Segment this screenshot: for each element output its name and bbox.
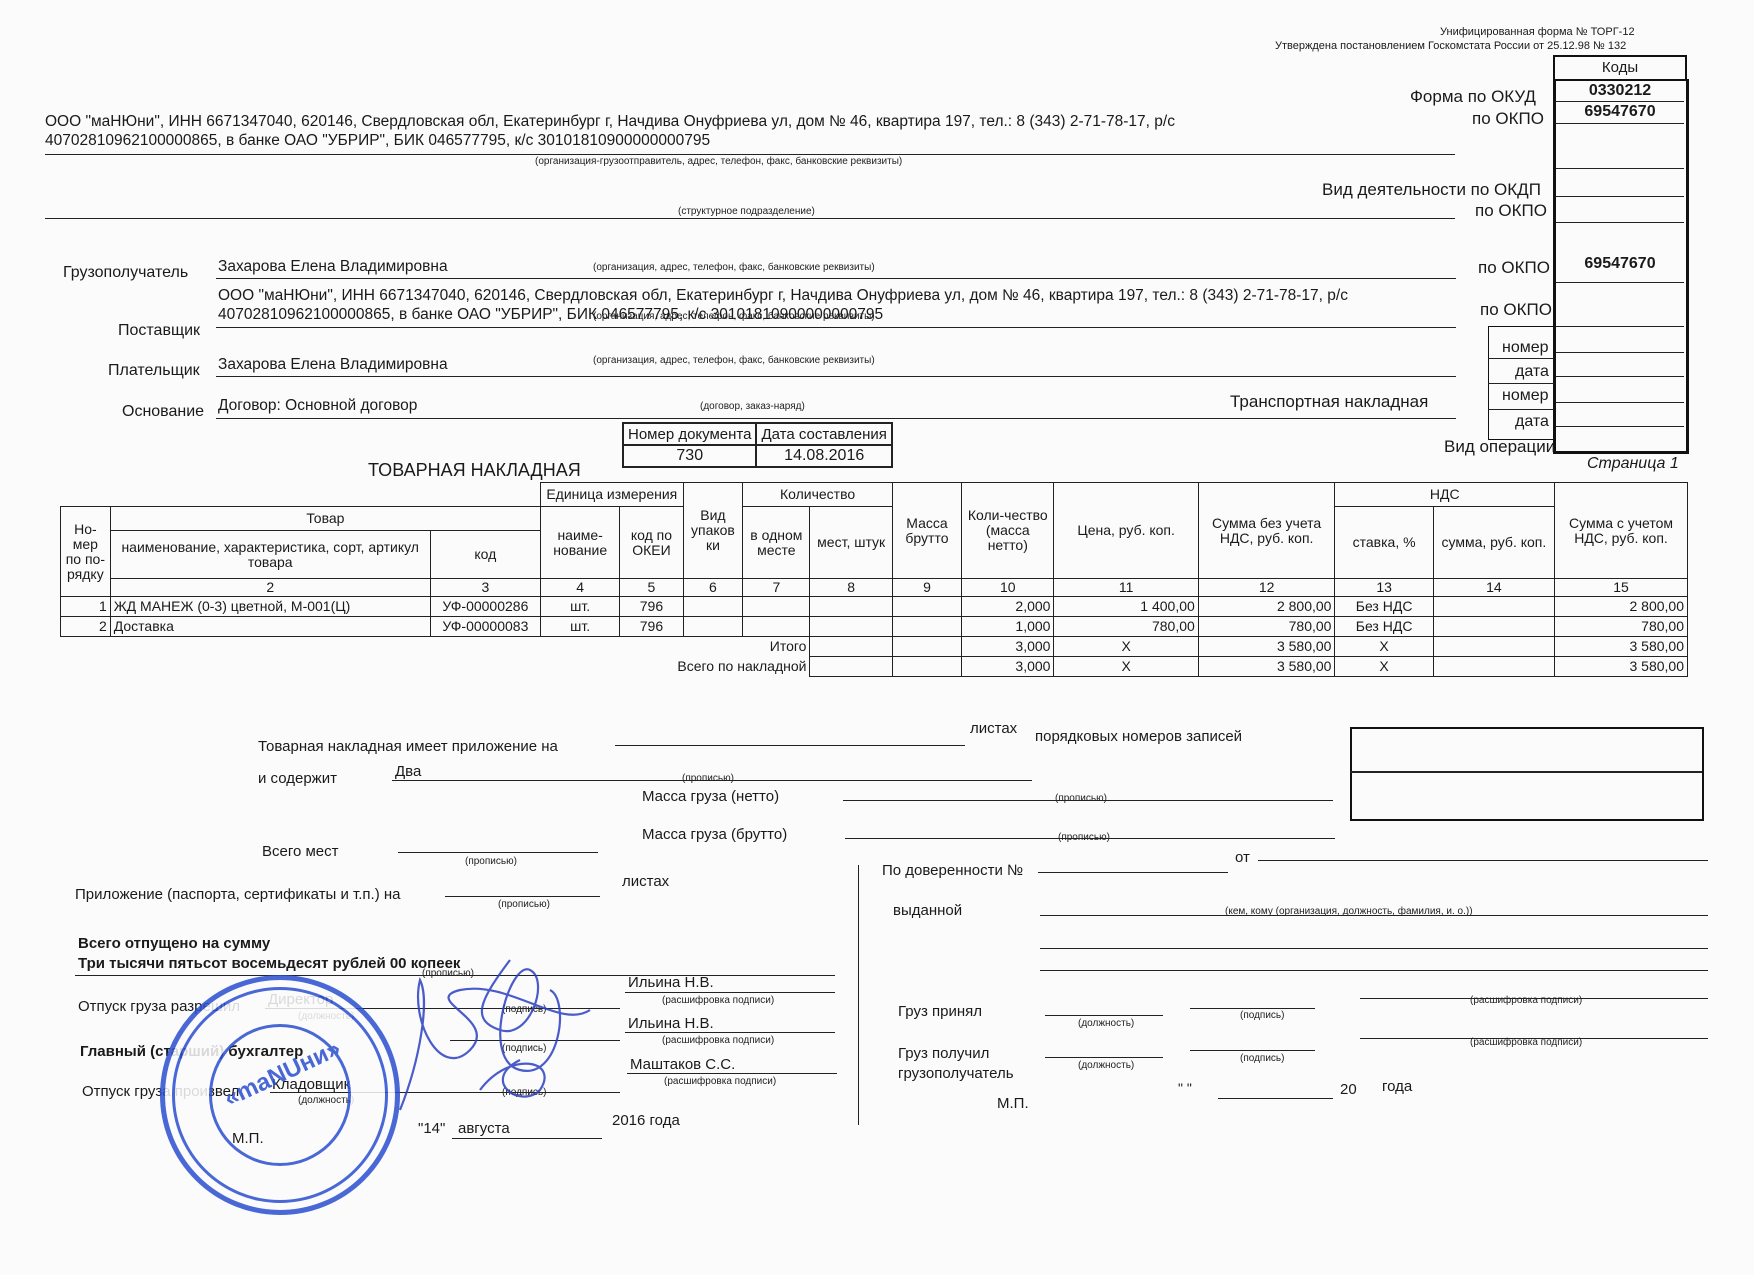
cell-code: УФ-00000286 bbox=[430, 597, 540, 617]
cell-pack bbox=[683, 617, 743, 637]
cell-net: 2,000 bbox=[962, 597, 1054, 617]
vat-header: НДС bbox=[1335, 483, 1555, 507]
cell-code: УФ-00000083 bbox=[430, 617, 540, 637]
accountant-decode-caption: (расшифровка подписи) bbox=[662, 1035, 774, 1046]
itogo-row: Итого 3,000 X 3 580,00 X 3 580,00 bbox=[61, 637, 1688, 657]
num-header: Но-мер по по-рядку bbox=[61, 507, 111, 597]
qty-one-header: в одном месте bbox=[743, 507, 810, 579]
operation-label: Вид операции bbox=[1444, 437, 1555, 457]
cell-sum: 780,00 bbox=[1198, 617, 1335, 637]
price-header: Цена, руб. коп. bbox=[1054, 483, 1198, 579]
vsego-row: Всего по накладной 3,000 X 3 580,00 X 3 … bbox=[61, 657, 1688, 677]
supplier-caption: (организация, адрес, телефон, факс, банк… bbox=[593, 311, 875, 322]
itogo-price: X bbox=[1054, 637, 1198, 657]
places-label: Всего мест bbox=[262, 843, 339, 860]
transport-label: Транспортная накладная bbox=[1230, 392, 1428, 412]
cell-places bbox=[810, 617, 892, 637]
mp-right: М.П. bbox=[997, 1095, 1029, 1112]
codes-header: Коды bbox=[1553, 55, 1687, 81]
vsego-sum: 3 580,00 bbox=[1198, 657, 1335, 677]
received-decode-caption: (расшифровка подписи) bbox=[1470, 1037, 1582, 1048]
received-label2: грузополучатель bbox=[898, 1065, 1014, 1082]
basis-date-label: дата bbox=[1515, 363, 1549, 381]
cell-okei: 796 bbox=[620, 597, 683, 617]
cell-vat bbox=[1433, 617, 1554, 637]
basis-caption: (договор, заказ-наряд) bbox=[700, 401, 805, 412]
basis-value: Договор: Основной договор bbox=[218, 397, 417, 415]
itogo-total: 3 580,00 bbox=[1555, 637, 1688, 657]
gross-caption: (прописью) bbox=[1058, 832, 1110, 843]
itogo-sum: 3 580,00 bbox=[1198, 637, 1335, 657]
column-number: 14 bbox=[1433, 579, 1554, 597]
issued-caption: (кем, кому (организация, должность, фами… bbox=[1225, 906, 1473, 917]
unit-name-header: наиме-нование bbox=[541, 507, 620, 579]
doc-number: 730 bbox=[623, 445, 756, 467]
itogo-rate: X bbox=[1335, 637, 1433, 657]
cell-total: 780,00 bbox=[1555, 617, 1688, 637]
received-label1: Груз получил bbox=[898, 1045, 989, 1062]
net-caption: (прописью) bbox=[1055, 793, 1107, 804]
accepted-label: Груз принял bbox=[898, 1003, 982, 1020]
vsego-total: 3 580,00 bbox=[1555, 657, 1688, 677]
column-number: 4 bbox=[541, 579, 620, 597]
cell-n: 1 bbox=[61, 597, 111, 617]
document-title: ТОВАРНАЯ НАКЛАДНАЯ bbox=[368, 460, 581, 481]
sum-no-vat-header: Сумма без учета НДС, руб. коп. bbox=[1198, 483, 1335, 579]
accepted-decode-caption: (расшифровка подписи) bbox=[1470, 995, 1582, 1006]
column-number: 7 bbox=[743, 579, 810, 597]
form-approval: Утверждена постановлением Госкомстата Ро… bbox=[1275, 40, 1626, 52]
okpo3-label: по ОКПО bbox=[1478, 258, 1550, 278]
received-position-caption: (должность) bbox=[1078, 1060, 1134, 1071]
column-number: 5 bbox=[620, 579, 683, 597]
appendix-sheets: листах bbox=[622, 873, 669, 890]
cell-rate: Без НДС bbox=[1335, 617, 1433, 637]
doc-date-header: Дата составления bbox=[756, 423, 891, 445]
net-header: Коли-чество (масса нетто) bbox=[962, 483, 1054, 579]
okpo4-label: по ОКПО bbox=[1480, 300, 1552, 320]
shipped-decode-caption: (расшифровка подписи) bbox=[664, 1076, 776, 1087]
date-year: 2016 года bbox=[612, 1112, 680, 1129]
page-label: Страница 1 bbox=[1587, 455, 1679, 473]
accepted-signature-caption: (подпись) bbox=[1240, 1010, 1284, 1021]
table-row: 1ЖД МАНЕЖ (0-3) цветной, М-001(Ц)УФ-0000… bbox=[61, 597, 1688, 617]
vsego-label: Всего по накладной bbox=[61, 657, 810, 677]
cell-one bbox=[743, 597, 810, 617]
division-caption: (структурное подразделение) bbox=[678, 206, 815, 217]
accountant-name: Ильина Н.В. bbox=[628, 1015, 714, 1032]
cell-name: Доставка bbox=[110, 617, 430, 637]
qty-places-header: мест, штук bbox=[810, 507, 892, 579]
allowed-decode-caption: (расшифровка подписи) bbox=[662, 995, 774, 1006]
proxy-from: от bbox=[1235, 849, 1250, 866]
okud-label: Форма по ОКУД bbox=[1410, 87, 1536, 107]
column-number: 9 bbox=[892, 579, 961, 597]
cell-sum: 2 800,00 bbox=[1198, 597, 1335, 617]
cell-price: 780,00 bbox=[1054, 617, 1198, 637]
goods-name-header: наименование, характеристика, сорт, арти… bbox=[110, 531, 430, 579]
vsego-rate: X bbox=[1335, 657, 1433, 677]
table-row: 2ДоставкаУФ-00000083шт.7961,000780,00780… bbox=[61, 617, 1688, 637]
date2-year: 20 bbox=[1340, 1081, 1357, 1098]
gross-label: Масса груза (брутто) bbox=[642, 826, 787, 843]
basis-number-label: номер bbox=[1502, 339, 1549, 357]
records-label: порядковых номеров записей bbox=[1035, 728, 1242, 745]
shipper-line2: 40702810962100000865, в банке ОАО "УБРИР… bbox=[45, 132, 710, 150]
shipper-line1: ООО "маНЮни", ИНН 6671347040, 620146, Св… bbox=[45, 113, 1175, 131]
basis-label: Основание bbox=[122, 403, 204, 421]
okud-code: 0330212 bbox=[1556, 80, 1684, 101]
cell-pack bbox=[683, 597, 743, 617]
column-number: 8 bbox=[810, 579, 892, 597]
shipper-caption: (организация-грузоотправитель, адрес, те… bbox=[535, 156, 902, 167]
cell-vat bbox=[1433, 597, 1554, 617]
okpo2-label: по ОКПО bbox=[1475, 201, 1547, 221]
net-label: Масса груза (нетто) bbox=[642, 788, 779, 805]
cell-gross bbox=[892, 597, 961, 617]
appendix-caption: (прописью) bbox=[498, 899, 550, 910]
supplier-line1: ООО "маНЮни", ИНН 6671347040, 620146, Св… bbox=[218, 287, 1348, 305]
date2-suffix: года bbox=[1382, 1078, 1412, 1095]
column-number: 6 bbox=[683, 579, 743, 597]
form-name: Унифицированная форма № ТОРГ-12 bbox=[1440, 26, 1635, 38]
appendix-label: Приложение (паспорта, сертификаты и т.п.… bbox=[75, 886, 401, 903]
payer-label: Плательщик bbox=[108, 362, 200, 380]
column-number: 10 bbox=[962, 579, 1054, 597]
date-day: "14" bbox=[418, 1120, 445, 1137]
received-signature-caption: (подпись) bbox=[1240, 1053, 1284, 1064]
supplier-label: Поставщик bbox=[118, 322, 200, 340]
allowed-name: Ильина Н.В. bbox=[628, 974, 714, 991]
cell-n: 2 bbox=[61, 617, 111, 637]
consignee-okpo-code: 69547670 bbox=[1556, 255, 1684, 273]
goods-header: Товар bbox=[110, 507, 540, 531]
vat-rate-header: ставка, % bbox=[1335, 507, 1433, 579]
transport-date-label: дата bbox=[1515, 413, 1549, 431]
signature-icon bbox=[360, 940, 620, 1120]
sum-vat-header: Сумма с учетом НДС, руб. коп. bbox=[1555, 483, 1688, 579]
cell-rate: Без НДС bbox=[1335, 597, 1433, 617]
attachment-sheets: листах bbox=[970, 720, 1017, 737]
places-caption: (прописью) bbox=[465, 856, 517, 867]
itogo-net: 3,000 bbox=[962, 637, 1054, 657]
footer-divider bbox=[858, 865, 859, 1125]
cell-gross bbox=[892, 617, 961, 637]
cell-unit: шт. bbox=[541, 617, 620, 637]
itogo-label: Итого bbox=[61, 637, 810, 657]
released-label: Всего отпущено на сумму bbox=[78, 935, 270, 952]
column-number: 13 bbox=[1335, 579, 1433, 597]
transport-number-label: номер bbox=[1502, 387, 1549, 405]
stamp-text: «maNUни» bbox=[220, 1035, 345, 1113]
column-number: 2 bbox=[110, 579, 430, 597]
doc-date: 14.08.2016 bbox=[756, 445, 891, 467]
cell-price: 1 400,00 bbox=[1054, 597, 1198, 617]
goods-code-header: код bbox=[430, 531, 540, 579]
consignee-value: Захарова Елена Владимировна bbox=[218, 258, 448, 276]
contains-label: и содержит bbox=[258, 770, 337, 787]
column-numbers-row: 23456789101112131415 bbox=[61, 579, 1688, 597]
attachment-label: Товарная накладная имеет приложение на bbox=[258, 738, 558, 755]
unit-okei-header: код по ОКЕИ bbox=[620, 507, 683, 579]
document-number-table: Номер документа Дата составления 730 14.… bbox=[622, 422, 893, 468]
vsego-vat bbox=[1433, 657, 1554, 677]
cell-total: 2 800,00 bbox=[1555, 597, 1688, 617]
column-number: 15 bbox=[1555, 579, 1688, 597]
contains-caption: (прописью) bbox=[682, 773, 734, 784]
okpo-label: по ОКПО bbox=[1472, 109, 1544, 129]
consignee-label: Грузополучатель bbox=[63, 264, 188, 282]
goods-table: Единица измерения Вид упаков ки Количест… bbox=[60, 482, 1688, 677]
okpo-code: 69547670 bbox=[1556, 102, 1684, 123]
vsego-price: X bbox=[1054, 657, 1198, 677]
column-number: 11 bbox=[1054, 579, 1198, 597]
consignee-caption: (организация, адрес, телефон, факс, банк… bbox=[593, 262, 875, 273]
cell-unit: шт. bbox=[541, 597, 620, 617]
vat-sum-header: сумма, руб. коп. bbox=[1433, 507, 1554, 579]
cell-net: 1,000 bbox=[962, 617, 1054, 637]
payer-value: Захарова Елена Владимировна bbox=[218, 356, 448, 374]
contains-value: Два bbox=[395, 763, 421, 780]
payer-caption: (организация, адрес, телефон, факс, банк… bbox=[593, 355, 875, 366]
gross-header: Масса брутто bbox=[892, 483, 961, 579]
cell-places bbox=[810, 597, 892, 617]
date-month: августа bbox=[458, 1120, 510, 1137]
vsego-net: 3,000 bbox=[962, 657, 1054, 677]
unit-header: Единица измерения bbox=[541, 483, 684, 507]
doc-number-header: Номер документа bbox=[623, 423, 756, 445]
proxy-label: По доверенности № bbox=[882, 862, 1023, 879]
okdp-label: Вид деятельности по ОКДП bbox=[1322, 180, 1541, 200]
accepted-position-caption: (должность) bbox=[1078, 1018, 1134, 1029]
date2-quotes: " " bbox=[1178, 1080, 1192, 1096]
column-number: 12 bbox=[1198, 579, 1335, 597]
qty-header: Количество bbox=[743, 483, 893, 507]
pack-header: Вид упаков ки bbox=[683, 483, 743, 579]
column-number: 3 bbox=[430, 579, 540, 597]
cell-one bbox=[743, 617, 810, 637]
mass-box bbox=[1350, 727, 1704, 821]
issued-label: выданной bbox=[893, 902, 962, 919]
cell-okei: 796 bbox=[620, 617, 683, 637]
itogo-vat bbox=[1433, 637, 1554, 657]
shipped-name: Маштаков С.С. bbox=[630, 1056, 735, 1073]
cell-name: ЖД МАНЕЖ (0-3) цветной, М-001(Ц) bbox=[110, 597, 430, 617]
